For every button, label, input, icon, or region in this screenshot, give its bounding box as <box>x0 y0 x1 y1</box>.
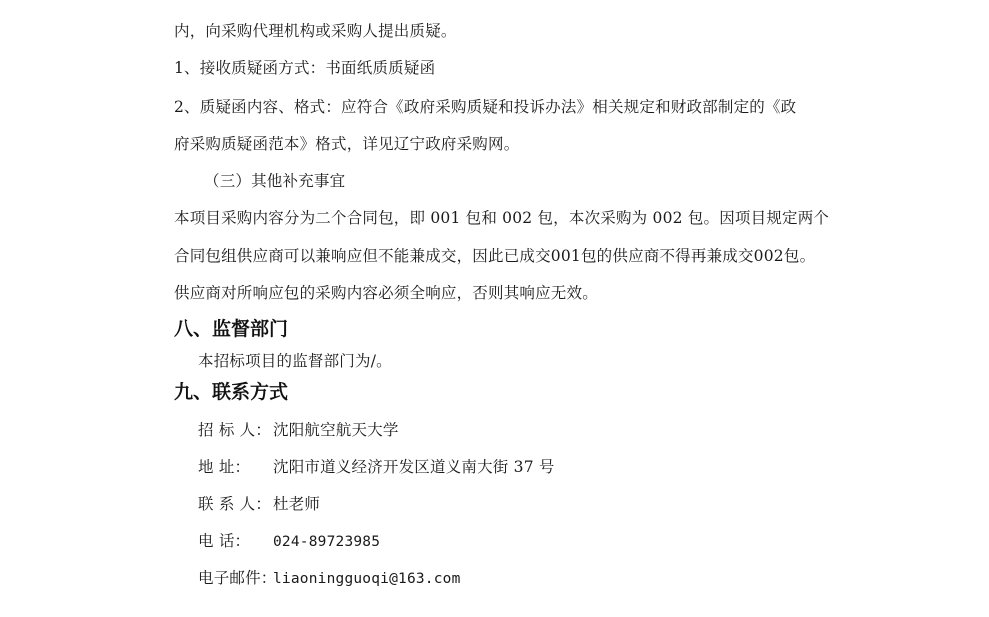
contact-value: 杜老师 <box>273 495 320 513</box>
contact-label: 地 址： <box>198 457 273 477</box>
contact-row-email: 电子邮件：liaoningguoqi@163.com <box>198 568 461 589</box>
subsection-title: （三）其他补充事宜 <box>204 171 345 191</box>
contact-label: 招 标 人： <box>198 420 273 440</box>
paragraph: 本项目采购内容分为二个合同包，即 001 包和 002 包，本次采购为 002 … <box>174 208 829 228</box>
contact-row-tenderer: 招 标 人：沈阳航空航天大学 <box>198 420 399 440</box>
contact-label: 电 话： <box>198 531 273 551</box>
supervision-text: 本招标项目的监督部门为/。 <box>198 351 392 371</box>
contact-label: 电子邮件： <box>198 568 273 588</box>
contact-row-phone: 电 话：024-89723985 <box>198 531 380 552</box>
contact-row-person: 联 系 人：杜老师 <box>198 494 320 514</box>
contact-label: 联 系 人： <box>198 494 273 514</box>
contact-value: 沈阳航空航天大学 <box>273 421 399 439</box>
paragraph: 2、质疑函内容、格式：应符合《政府采购质疑和投诉办法》相关规定和财政部制定的《政 <box>174 97 796 117</box>
paragraph: 府采购质疑函范本》格式，详见辽宁政府采购网。 <box>174 134 519 154</box>
paragraph: 内，向采购代理机构或采购人提出质疑。 <box>174 21 457 41</box>
section-heading-supervision: 八、监督部门 <box>174 317 288 341</box>
contact-value: 024-89723985 <box>273 534 380 550</box>
contact-value: 沈阳市道义经济开发区道义南大街 37 号 <box>273 458 555 476</box>
paragraph: 供应商对所响应包的采购内容必须全响应，否则其响应无效。 <box>174 283 598 303</box>
paragraph: 1、接收质疑函方式：书面纸质质疑函 <box>174 58 435 78</box>
contact-value: liaoningguoqi@163.com <box>273 571 461 587</box>
contact-row-address: 地 址：沈阳市道义经济开发区道义南大街 37 号 <box>198 457 555 477</box>
section-heading-contact: 九、联系方式 <box>174 380 288 404</box>
paragraph: 合同包组供应商可以兼响应但不能兼成交，因此已成交001包的供应商不得再兼成交00… <box>174 246 815 266</box>
